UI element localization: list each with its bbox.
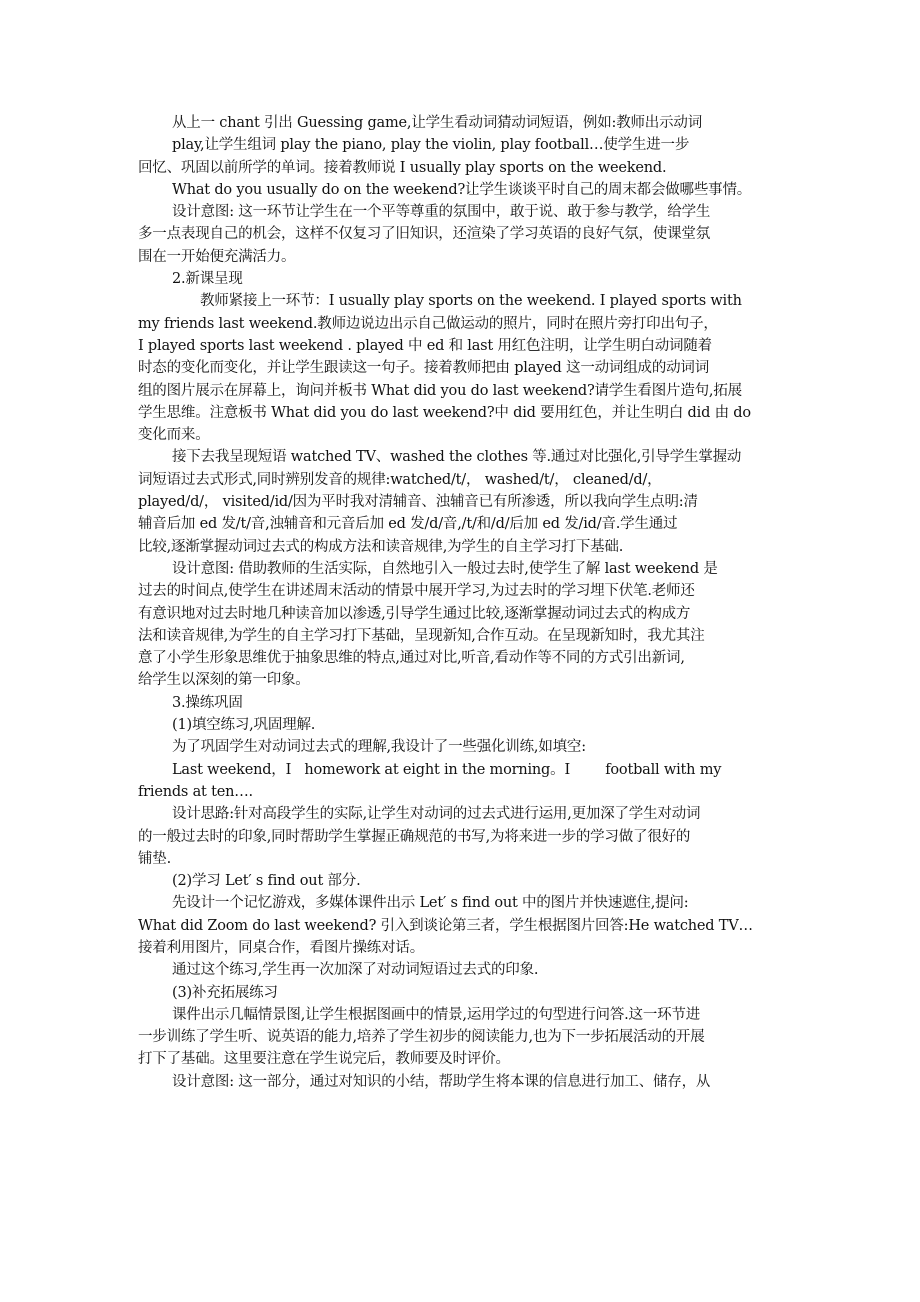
text-line: What do you usually do on the weekend?让学… — [138, 179, 818, 201]
document-body: 从上一 chant 引出 Guessing game,让学生看动词猜动词短语，例… — [138, 112, 818, 1093]
text-line: 词短语过去式形式,同时辨别发音的规律:watched/t/， washed/t/… — [138, 469, 818, 491]
subsection-heading: (3)补充拓展练习 — [138, 982, 818, 1004]
text-line: 给学生以深刻的第一印象。 — [138, 669, 818, 691]
text-line: 组的图片展示在屏幕上，询问并板书 What did you do last we… — [138, 380, 818, 402]
text-line: 接下去我呈现短语 watched TV、washed the clothes 等… — [138, 446, 818, 468]
text-line: 教师紧接上一环节：I usually play sports on the we… — [138, 290, 818, 312]
subsection-heading: (2)学习 Let′ s find out 部分. — [138, 870, 818, 892]
text-line: 接着利用图片，同桌合作，看图片操练对话。 — [138, 937, 818, 959]
text-line: Last weekend，I homework at eight in the … — [138, 759, 818, 781]
text-line: 法和读音规律,为学生的自主学习打下基础，呈现新知,合作互动。在呈现新知时，我尤其… — [138, 625, 818, 647]
text-line: 的一般过去时的印象,同时帮助学生掌握正确规范的书写,为将来进一步的学习做了很好的 — [138, 826, 818, 848]
text-line: 设计意图: 这一环节让学生在一个平等尊重的氛围中，敢于说、敢于参与教学，给学生 — [138, 201, 818, 223]
text-line: 有意识地对过去时地几种读音加以渗透,引导学生通过比较,逐渐掌握动词过去式的构成方 — [138, 603, 818, 625]
subsection-heading: (1)填空练习,巩固理解. — [138, 714, 818, 736]
text-line: 设计意图: 借助教师的生活实际，自然地引入一般过去时,使学生了解 last we… — [138, 558, 818, 580]
text-line: 为了巩固学生对动词过去式的理解,我设计了一些强化训练,如填空: — [138, 736, 818, 758]
text-line: 多一点表现自己的机会，这样不仅复习了旧知识，还渲染了学习英语的良好气氛，使课堂氛 — [138, 223, 818, 245]
text-line: 围在一开始便充满活力。 — [138, 246, 818, 268]
text-line: 通过这个练习,学生再一次加深了对动词短语过去式的印象. — [138, 959, 818, 981]
text-line: 辅音后加 ed 发/t/音,浊辅音和元音后加 ed 发/d/音,/t/和/d/后… — [138, 513, 818, 535]
text-line: 设计意图: 这一部分，通过对知识的小结，帮助学生将本课的信息进行加工、储存，从 — [138, 1071, 818, 1093]
text-line: 学生思维。注意板书 What did you do last weekend?中… — [138, 402, 818, 424]
text-line: 先设计一个记忆游戏，多媒体课件出示 Let′ s find out 中的图片并快… — [138, 892, 818, 914]
text-line: I played sports last weekend . played 中 … — [138, 335, 818, 357]
text-line: 铺垫. — [138, 848, 818, 870]
text-line: 回忆、巩固以前所学的单词。接着教师说 I usually play sports… — [138, 157, 818, 179]
text-line: 从上一 chant 引出 Guessing game,让学生看动词猜动词短语，例… — [138, 112, 818, 134]
text-line: 一步训练了学生听、说英语的能力,培养了学生初步的阅读能力,也为下一步拓展活动的开… — [138, 1026, 818, 1048]
text-line: 设计思路:针对高段学生的实际,让学生对动词的过去式进行运用,更加深了学生对动词 — [138, 803, 818, 825]
text-line: 意了小学生形象思维优于抽象思维的特点,通过对比,听音,看动作等不同的方式引出新词… — [138, 647, 818, 669]
section-heading: 2.新课呈现 — [138, 268, 818, 290]
section-heading: 3.操练巩固 — [138, 692, 818, 714]
text-line: 打下了基础。这里要注意在学生说完后，教师要及时评价。 — [138, 1048, 818, 1070]
text-line: 课件出示几幅情景图,让学生根据图画中的情景,运用学过的句型进行问答.这一环节进 — [138, 1004, 818, 1026]
text-line: 变化而来。 — [138, 424, 818, 446]
text-line: 时态的变化而变化，并让学生跟读这一句子。接着教师把由 played 这一动词组成… — [138, 357, 818, 379]
text-line: played/d/， visited/id/因为平时我对清辅音、浊辅音已有所渗透… — [138, 491, 818, 513]
text-line: play,让学生组词 play the piano, play the viol… — [138, 134, 818, 156]
text-line: 比较,逐渐掌握动词过去式的构成方法和读音规律,为学生的自主学习打下基础. — [138, 536, 818, 558]
text-line: my friends last weekend.教师边说边出示自己做运动的照片，… — [138, 313, 818, 335]
text-line: friends at ten…. — [138, 781, 818, 803]
text-line: 过去的时间点,使学生在讲述周末活动的情景中展开学习,为过去时的学习埋下伏笔.老师… — [138, 580, 818, 602]
text-line: What did Zoom do last weekend? 引入到谈论第三者，… — [138, 915, 818, 937]
